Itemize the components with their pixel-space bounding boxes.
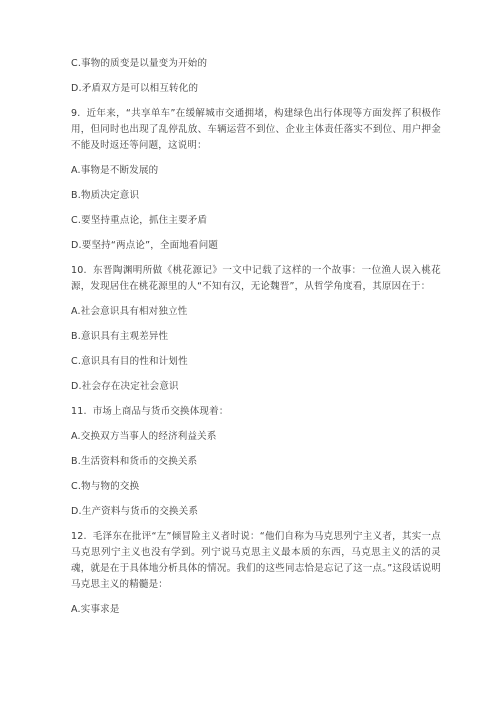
question-stem-text: 市场上商品与货币交换体现着： (93, 406, 229, 417)
option-text: 交换双方当事人的经济利益关系 (81, 431, 217, 442)
option-line: D.生产资料与货币的交换关系 (71, 504, 441, 520)
question-stem: 11.市场上商品与货币交换体现着： (71, 404, 441, 420)
option-line: A.事物是不断发展的 (71, 163, 441, 179)
option-text: 事物是不断发展的 (81, 165, 159, 176)
option-line: B.意识具有主观差异性 (71, 329, 441, 345)
option-line: D.要坚持“两点论”，全面地看问题 (71, 238, 441, 254)
exam-page: C.事物的质变是以量变为开始的 D.矛盾双方是可以相互转化的 9.近年来，“共享… (0, 0, 499, 706)
option-label: C. (71, 481, 81, 492)
question-stem-text: 东晋陶渊明所做《桃花源记》一文中记载了这样的一个故事：一位渔人误入桃花源，发现居… (71, 265, 441, 292)
question-11: 11.市场上商品与货币交换体现着： A.交换双方当事人的经济利益关系 B.生活资… (71, 404, 441, 520)
question-number: 11. (71, 406, 87, 417)
question-number: 10. (71, 265, 87, 276)
option-text: 物质决定意识 (81, 190, 139, 201)
question-number: 12. (71, 531, 87, 542)
question-9: 9.近年来，“共享单车”在缓解城市交通拥堵，构建绿色出行体现等方面发挥了积极作用… (71, 106, 441, 254)
option-line: C.物与物的交换 (71, 479, 441, 495)
option-label: C. (71, 58, 81, 69)
option-label: A. (71, 604, 81, 615)
question-stem: 12.毛泽东在批评“左”倾冒险主义者时说：“他们自称为马克思列宁主义者，其实一点… (71, 529, 441, 593)
option-text: 意识具有目的性和计划性 (81, 356, 188, 367)
option-text: 要坚持重点论，抓住主要矛盾 (81, 215, 207, 226)
question-12: 12.毛泽东在批评“左”倾冒险主义者时说：“他们自称为马克思列宁主义者，其实一点… (71, 529, 441, 618)
option-line: B.物质决定意识 (71, 188, 441, 204)
option-text: 生活资料和货币的交换关系 (81, 456, 197, 467)
option-line: A.社会意识具有相对独立性 (71, 304, 441, 320)
option-text: 物与物的交换 (81, 481, 139, 492)
option-text: 意识具有主观差异性 (81, 331, 168, 342)
option-label: C. (71, 215, 81, 226)
question-number: 9. (71, 108, 80, 119)
option-label: B. (71, 331, 81, 342)
option-label: A. (71, 306, 81, 317)
option-label: A. (71, 165, 81, 176)
option-label: B. (71, 190, 81, 201)
option-text: 矛盾双方是可以相互转化的 (82, 83, 198, 94)
option-label: D. (71, 506, 82, 517)
question-stem-text: 毛泽东在批评“左”倾冒险主义者时说：“他们自称为马克思列宁主义者，其实一点马克思… (71, 531, 441, 590)
question-stem: 9.近年来，“共享单车”在缓解城市交通拥堵，构建绿色出行体现等方面发挥了积极作用… (71, 106, 441, 154)
question-stem: 10.东晋陶渊明所做《桃花源记》一文中记载了这样的一个故事：一位渔人误入桃花源，… (71, 263, 441, 295)
option-label: B. (71, 456, 81, 467)
orphan-option-d: D.矛盾双方是可以相互转化的 (71, 81, 441, 97)
option-line: A.交换双方当事人的经济利益关系 (71, 429, 441, 445)
option-label: A. (71, 431, 81, 442)
option-label: D. (71, 240, 82, 251)
option-label: C. (71, 356, 81, 367)
option-line: C.意识具有目的性和计划性 (71, 354, 441, 370)
option-line: C.要坚持重点论，抓住主要矛盾 (71, 213, 441, 229)
option-text: 社会意识具有相对独立性 (81, 306, 188, 317)
option-line: B.生活资料和货币的交换关系 (71, 454, 441, 470)
option-text: 要坚持“两点论”，全面地看问题 (82, 240, 218, 251)
question-10: 10.东晋陶渊明所做《桃花源记》一文中记载了这样的一个故事：一位渔人误入桃花源，… (71, 263, 441, 395)
orphan-option-c: C.事物的质变是以量变为开始的 (71, 56, 441, 72)
option-line: D.社会存在决定社会意识 (71, 379, 441, 395)
option-label: D. (71, 381, 82, 392)
option-text: 社会存在决定社会意识 (82, 381, 179, 392)
question-stem-text: 近年来，“共享单车”在缓解城市交通拥堵，构建绿色出行体现等方面发挥了积极作用，但… (71, 108, 441, 151)
option-text: 事物的质变是以量变为开始的 (81, 58, 207, 69)
option-line: A.实事求是 (71, 602, 441, 618)
option-text: 实事求是 (81, 604, 120, 615)
option-label: D. (71, 83, 82, 94)
option-text: 生产资料与货币的交换关系 (82, 506, 198, 517)
